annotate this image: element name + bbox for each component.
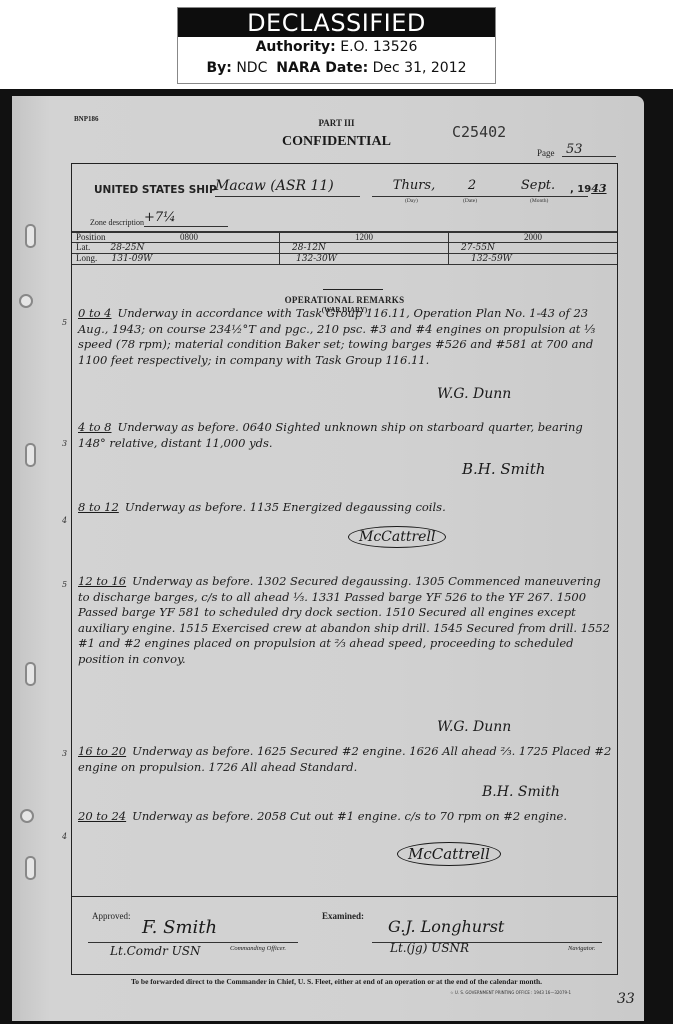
sheet-number: 33 [617, 991, 635, 1007]
lat-value-2000: 27-55N [461, 243, 495, 253]
punch-hole-icon [19, 294, 33, 308]
long-0800: Long. 131-09W [72, 254, 280, 265]
year-suffix: 43 [591, 182, 606, 195]
remarks-title: OPERATIONAL REMARKS [72, 295, 617, 305]
month-sublabel: (Month) [530, 198, 548, 204]
margin-note: 3 [62, 749, 67, 758]
margin-note: 4 [62, 516, 67, 525]
diary-entry: 12 to 16Underway as before. 1302 Secured… [78, 574, 613, 668]
co-label: Commanding Officer. [230, 945, 286, 952]
lat-2000: 27-55N [449, 243, 618, 254]
time-1200: 1200 [280, 232, 449, 243]
document-number: C25402 [452, 123, 506, 141]
navigator-rank: Lt.(jg) USNR [390, 941, 469, 955]
year-field: , 1943 [570, 182, 607, 195]
co-signature-line [88, 942, 298, 943]
forwarding-instruction: To be forwarded direct to the Commander … [0, 977, 673, 986]
page-number: 53 [562, 143, 616, 157]
authority-label: Authority: [256, 39, 336, 55]
war-diary-form: UNITED STATES SHIP Macaw (ASR 11) Thurs,… [71, 163, 618, 975]
watch-period: 0 to 4 [78, 306, 112, 320]
long-value-2000: 132-59W [471, 254, 512, 264]
entry-text: Underway as before. 1135 Energized degau… [125, 500, 446, 514]
entry-text: Underway in accordance with Task Group 1… [78, 306, 595, 367]
approved-label: Approved: [92, 911, 131, 921]
watch-period: 4 to 8 [78, 420, 112, 434]
lat-0800: Lat. 28-25N [72, 243, 280, 254]
stamp-authority: Authority: E.O. 13526 [178, 37, 495, 58]
lat-label: Lat. [76, 242, 90, 252]
page-label: Page [537, 148, 555, 158]
zone-label: Zone description [90, 218, 144, 227]
by-label: By: [206, 60, 231, 76]
watch-period: 20 to 24 [78, 809, 126, 823]
day-value: Thurs, [372, 176, 456, 197]
position-table: Position 0800 1200 2000 Lat. 28-25N 28-1… [72, 231, 617, 265]
nara-date-label: NARA Date: [276, 60, 368, 76]
date-value: 2 [456, 176, 488, 197]
diary-entry: 8 to 12Underway as before. 1135 Energize… [78, 500, 613, 516]
time-0800: 0800 [180, 233, 198, 242]
approval-section: Approved: Examined: Commanding Officer. … [72, 896, 617, 975]
stamp-by-date: By: NDC NARA Date: Dec 31, 2012 [178, 58, 495, 79]
long-value-0800: 131-09W [112, 254, 153, 264]
officer-signature: B.H. Smith [462, 460, 545, 478]
stamp-title: DECLASSIFIED [178, 8, 495, 37]
entry-text: Underway as before. 2058 Cut out #1 engi… [132, 809, 567, 823]
diary-entry: 20 to 24Underway as before. 2058 Cut out… [78, 809, 613, 825]
officer-signature: W.G. Dunn [437, 386, 511, 402]
officer-signature: McCattrell [397, 842, 501, 866]
watch-period: 16 to 20 [78, 744, 126, 758]
lat-1200: 28-12N [280, 243, 449, 254]
margin-note: 4 [62, 832, 67, 841]
watch-period: 8 to 12 [78, 500, 119, 514]
co-rank: Lt.Comdr USN [110, 944, 200, 958]
entry-text: Underway as before. 0640 Sighted unknown… [78, 420, 583, 450]
diary-entry: 0 to 4Underway in accordance with Task G… [78, 306, 613, 368]
officer-signature: McCattrell [348, 526, 446, 548]
binder-clip-icon [25, 662, 36, 686]
longitude-row: Long. 131-09W 132-30W 132-59W [72, 254, 617, 265]
year-prefix: , 19 [570, 184, 591, 195]
zone-value: +7¼ [144, 210, 228, 227]
ship-name: Macaw (ASR 11) [215, 176, 360, 197]
declassified-stamp: DECLASSIFIED Authority: E.O. 13526 By: N… [177, 7, 496, 84]
printing-office-note: ☆ U. S. GOVERNMENT PRINTING OFFICE : 194… [450, 990, 571, 995]
binder-clip-icon [25, 224, 36, 248]
position-header-row: Position 0800 1200 2000 [72, 232, 617, 243]
lat-value-0800: 28-25N [111, 243, 145, 253]
long-1200: 132-30W [280, 254, 449, 265]
diary-entry: 4 to 8Underway as before. 0640 Sighted u… [78, 420, 613, 451]
navigator-label: Navigator. [568, 945, 595, 952]
long-value-1200: 132-30W [296, 254, 337, 264]
margin-note: 5 [62, 580, 67, 589]
authority-value: E.O. 13526 [340, 39, 417, 55]
long-label: Long. [76, 253, 97, 263]
binder-clip-icon [25, 856, 36, 880]
position-label: Position [76, 232, 106, 242]
examined-label: Examined: [322, 911, 364, 921]
day-sublabel: (Day) [405, 198, 418, 204]
divider [323, 289, 383, 290]
co-signature: F. Smith [142, 917, 217, 938]
punch-hole-icon [20, 809, 34, 823]
date-sublabel: (Date) [463, 198, 477, 204]
long-2000: 132-59W [449, 254, 618, 265]
latitude-row: Lat. 28-25N 28-12N 27-55N [72, 243, 617, 254]
ship-label: UNITED STATES SHIP [94, 184, 217, 196]
binder-clip-icon [25, 443, 36, 467]
watch-period: 12 to 16 [78, 574, 126, 588]
navigator-signature: G.J. Longhurst [388, 917, 504, 936]
part-label: PART III [0, 118, 673, 128]
by-value: NDC [236, 60, 267, 76]
diary-entry: 16 to 20Underway as before. 1625 Secured… [78, 744, 613, 775]
margin-note: 3 [62, 439, 67, 448]
margin-note: 5 [62, 318, 67, 327]
officer-signature: W.G. Dunn [437, 719, 511, 735]
position-time-0800: Position 0800 [72, 232, 280, 243]
entry-text: Underway as before. 1625 Secured #2 engi… [78, 744, 611, 774]
entry-text: Underway as before. 1302 Secured degauss… [78, 574, 610, 666]
time-2000: 2000 [449, 232, 618, 243]
nara-date-value: Dec 31, 2012 [373, 60, 467, 76]
officer-signature: B.H. Smith [482, 784, 560, 800]
lat-value-1200: 28-12N [292, 243, 326, 253]
